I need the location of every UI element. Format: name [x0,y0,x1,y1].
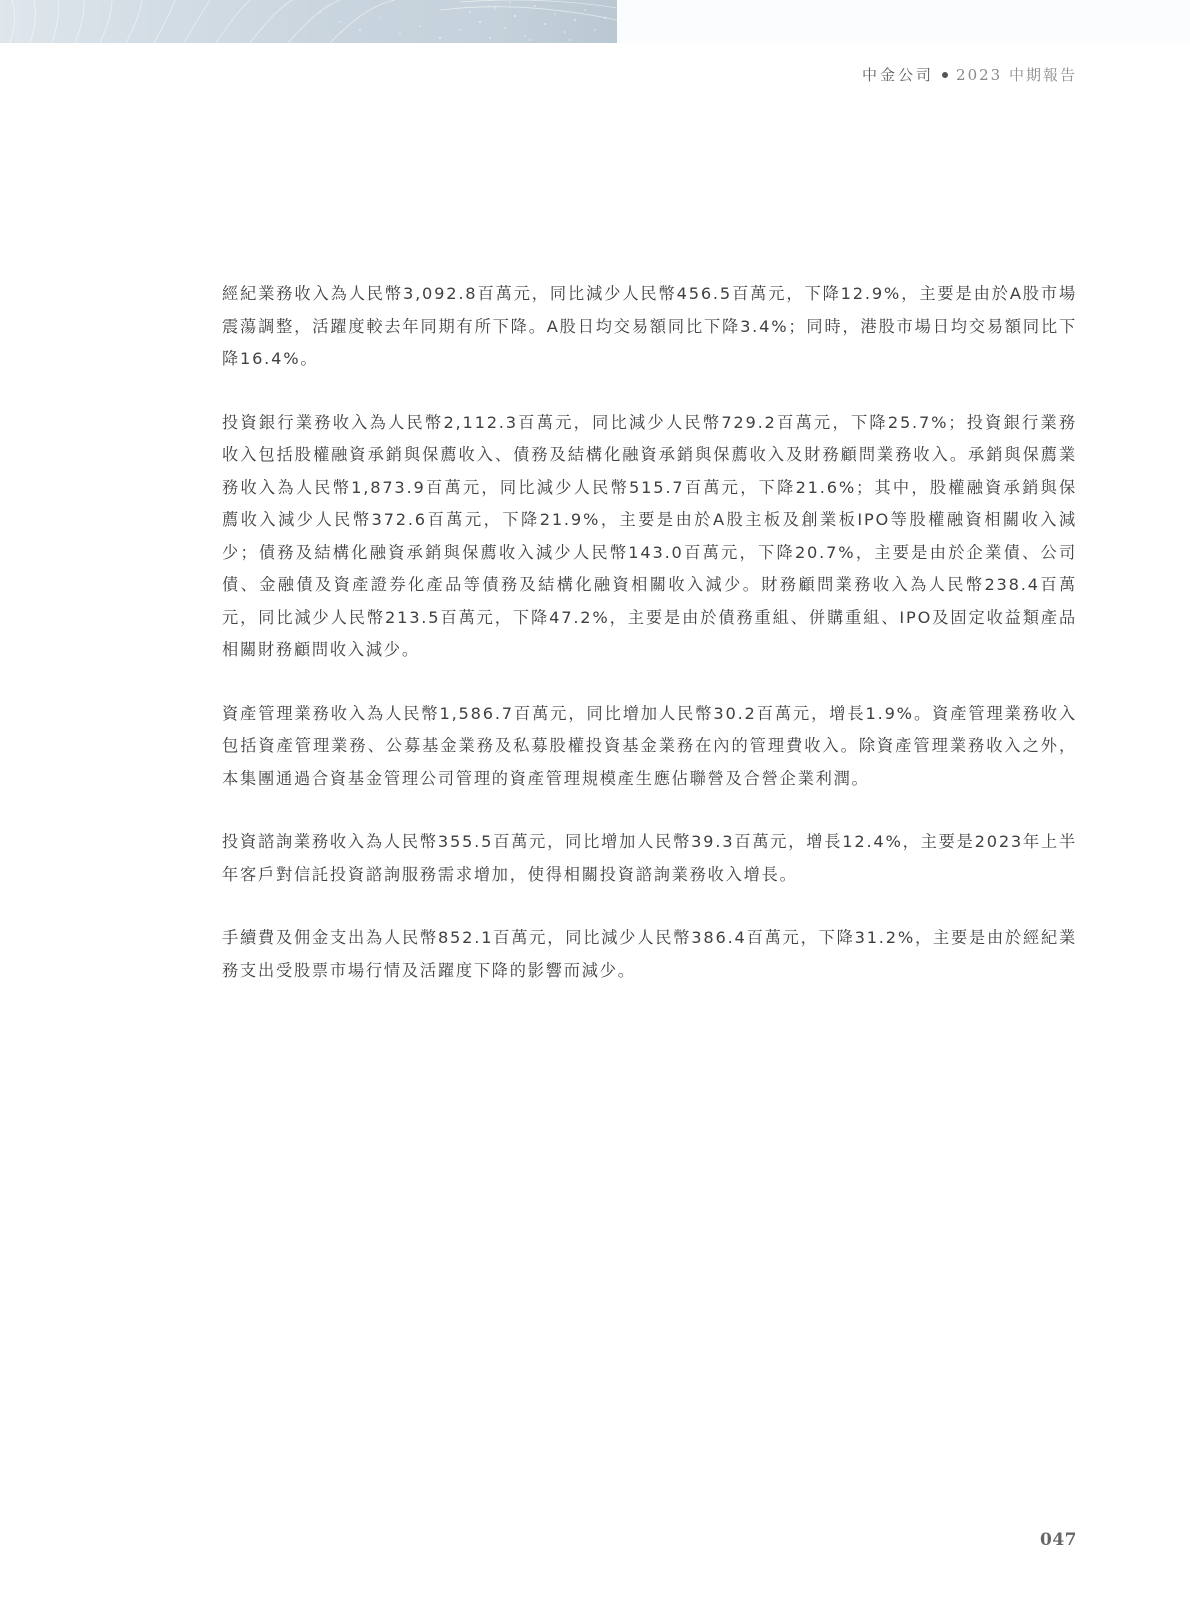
running-header: 中金公司 2023 中期報告 [862,64,1077,85]
decorative-banner [0,0,617,43]
paragraph-asset-management: 資產管理業務收入為人民幣1,586.7百萬元，同比增加人民幣30.2百萬元，增長… [222,698,1077,796]
page-number: 047 [1040,1530,1077,1550]
paragraph-investment-banking: 投資銀行業務收入為人民幣2,112.3百萬元，同比減少人民幣729.2百萬元，下… [222,407,1077,667]
wave-lines-icon [0,0,617,43]
paragraph-brokerage: 經紀業務收入為人民幣3,092.8百萬元，同比減少人民幣456.5百萬元，下降1… [222,278,1077,376]
bullet-separator-icon [942,72,948,78]
body-content: 經紀業務收入為人民幣3,092.8百萬元，同比減少人民幣456.5百萬元，下降1… [222,278,1077,1018]
report-title: 2023 中期報告 [956,64,1077,85]
paragraph-fee-commission-expense: 手續費及佣金支出為人民幣852.1百萬元，同比減少人民幣386.4百萬元，下降3… [222,922,1077,987]
paragraph-investment-advisory: 投資諮詢業務收入為人民幣355.5百萬元，同比增加人民幣39.3百萬元，增長12… [222,826,1077,891]
company-name: 中金公司 [862,64,934,85]
